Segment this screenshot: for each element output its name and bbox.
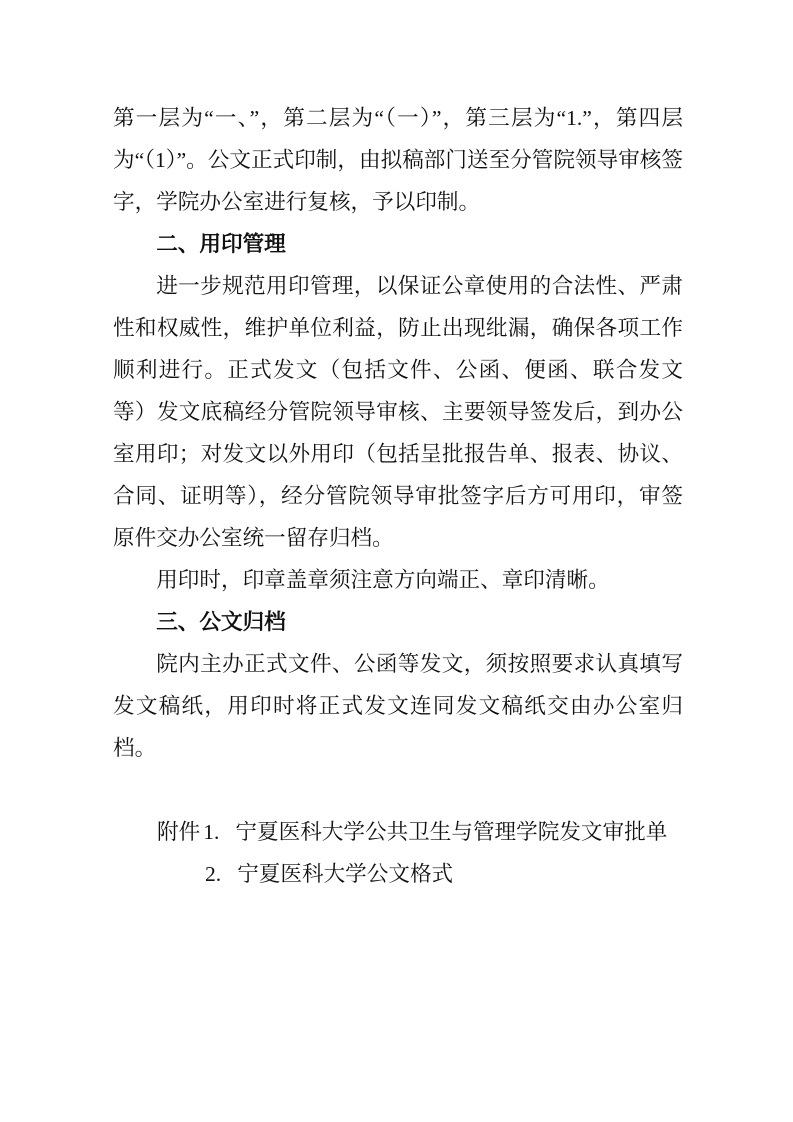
attachments-block: 附件1.宁夏医科大学公共卫生与管理学院发文审批单 2.宁夏医科大学公文格式: [113, 811, 683, 895]
attachment-line-1: 附件1.宁夏医科大学公共卫生与管理学院发文审批单: [113, 811, 683, 853]
attachment-2-number: 2.: [205, 862, 221, 886]
attachment-1-title: 宁夏医科大学公共卫生与管理学院发文审批单: [235, 820, 667, 844]
section-heading-seal-management: 二、用印管理: [113, 223, 683, 265]
paragraph-seal-management: 进一步规范用印管理，以保证公章使用的合法性、严肃性和权威性，维护单位利益，防止出…: [113, 265, 683, 559]
attachment-2-title: 宁夏医科大学公文格式: [237, 862, 453, 886]
paragraph-seal-usage-note: 用印时，印章盖章须注意方向端正、章印清晰。: [113, 559, 683, 601]
document-page: 第一层为“一、”，第二层为“（一）”，第三层为“1.”，第四层为“（1）”。公文…: [0, 0, 793, 1122]
paragraph-archiving: 院内主办正式文件、公函等发文，须按照要求认真填写发文稿纸，用印时将正式发文连同发…: [113, 643, 683, 769]
attachment-line-2: 2.宁夏医科大学公文格式: [113, 853, 683, 895]
attachment-label: 附件: [157, 820, 200, 844]
paragraph-numbering-continuation: 第一层为“一、”，第二层为“（一）”，第三层为“1.”，第四层为“（1）”。公文…: [113, 97, 683, 223]
section-heading-document-archiving: 三、公文归档: [113, 601, 683, 643]
attachment-1-number: 1.: [203, 820, 219, 844]
document-content: 第一层为“一、”，第二层为“（一）”，第三层为“1.”，第四层为“（1）”。公文…: [113, 97, 683, 895]
